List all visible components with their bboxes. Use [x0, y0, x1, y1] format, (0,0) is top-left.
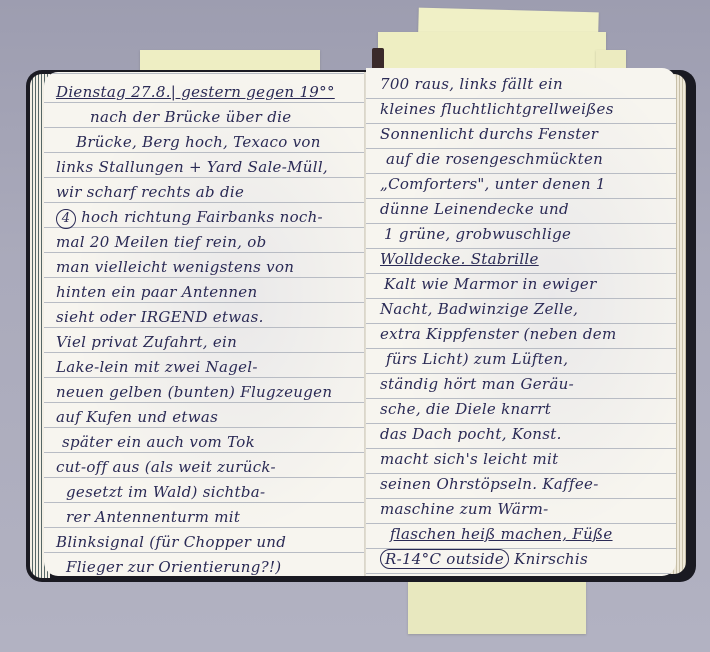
line: macht sich's leicht mit [380, 447, 676, 472]
line: Lake-lein mit zwei Nagel- [56, 355, 366, 380]
line: flaschen heiß machen, Füße [380, 522, 676, 547]
line: Wolldecke. Stabrille [380, 247, 676, 272]
line: kleines fluchtlichtgrellweißes [380, 97, 676, 122]
line: das Dach pocht, Konst. [380, 422, 676, 447]
line: 4 hoch richtung Fairbanks noch- [56, 205, 366, 230]
line: links Stallungen + Yard Sale-Müll, [56, 155, 366, 180]
right-page-text: 700 raus, links fällt ein kleines flucht… [380, 72, 676, 576]
line: hinten ein paar Antennen [56, 280, 366, 305]
line-text: Knirschis [514, 550, 588, 568]
line: später ein auch vom Tok [56, 430, 366, 455]
line: nach der Brücke über die [56, 105, 366, 130]
line: fürs Licht) zum Lüften, [380, 347, 676, 372]
line: „Comforters", unter denen 1 [380, 172, 676, 197]
line: extra Kippfenster (neben dem [380, 322, 676, 347]
line-text: hoch richtung Fairbanks noch- [81, 208, 323, 226]
line: erst mal raus, am ein- [380, 572, 676, 576]
line: Brücke, Berg hoch, Texaco von [56, 130, 366, 155]
left-page: Dienstag 27.8.| gestern gegen 19°° nach … [44, 72, 366, 576]
circled-number: 4 [56, 209, 76, 229]
line: Flieger zur Orientierung?!) [56, 555, 366, 576]
line: Viel privat Zufahrt, ein [56, 330, 366, 355]
boxed-note: R-14°C outside [380, 549, 509, 569]
line: seinen Ohrstöpseln. Kaffee- [380, 472, 676, 497]
line: ständig hört man Geräu- [380, 372, 676, 397]
line: dünne Leinendecke und [380, 197, 676, 222]
line: R-14°C outside Knirschis [380, 547, 676, 572]
line: sche, die Diele knarrt [380, 397, 676, 422]
left-page-text: Dienstag 27.8.| gestern gegen 19°° nach … [56, 80, 366, 576]
line: wir scharf rechts ab die [56, 180, 366, 205]
line: gesetzt im Wald) sichtba- [56, 480, 366, 505]
line: Nacht, Badwinzige Zelle, [380, 297, 676, 322]
line: Sonnenlicht durchs Fenster [380, 122, 676, 147]
line: Kalt wie Marmor in ewiger [380, 272, 676, 297]
line: sieht oder IRGEND etwas. [56, 305, 366, 330]
line: neuen gelben (bunten) Flugzeugen [56, 380, 366, 405]
right-page: 700 raus, links fällt ein kleines flucht… [366, 68, 676, 576]
line: 1 grüne, grobwuschlige [380, 222, 676, 247]
line: rer Antennenturm mit [56, 505, 366, 530]
line: cut-off aus (als weit zurück- [56, 455, 366, 480]
sticky-note-top-front [378, 32, 606, 72]
line: mal 20 Meilen tief rein, ob [56, 230, 366, 255]
line: Blinksignal (für Chopper und [56, 530, 366, 555]
line: auf die rosengeschmückten [380, 147, 676, 172]
line: Dienstag 27.8.| gestern gegen 19°° [56, 80, 366, 105]
line: man vielleicht wenigstens von [56, 255, 366, 280]
line: auf Kufen und etwas [56, 405, 366, 430]
line: maschine zum Wärm- [380, 497, 676, 522]
line: 700 raus, links fällt ein [380, 72, 676, 97]
